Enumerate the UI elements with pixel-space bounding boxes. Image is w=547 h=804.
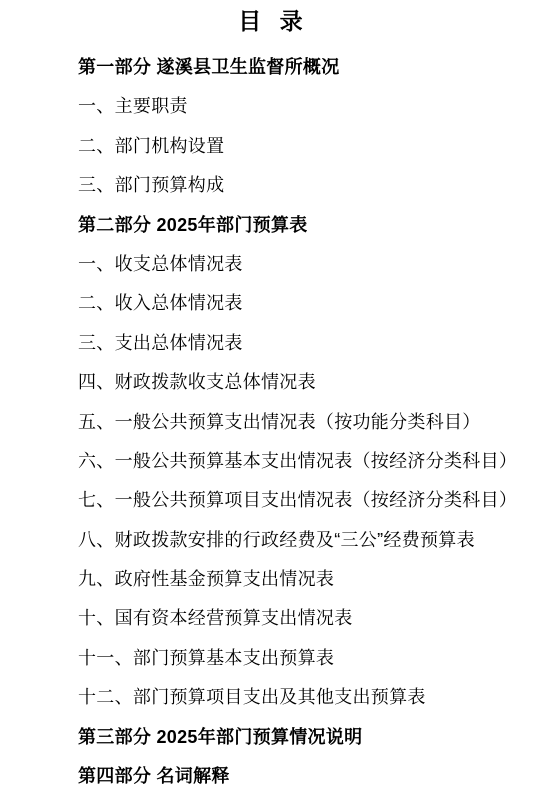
toc-section-heading: 第四部分 名词解释 xyxy=(78,757,537,796)
toc-section-heading: 第二部分 2025年部门预算表 xyxy=(78,206,537,245)
toc-section-heading: 第一部分 遂溪县卫生监督所概况 xyxy=(78,48,537,87)
toc-item: 一、收支总体情况表 xyxy=(78,245,537,284)
toc-item: 二、部门机构设置 xyxy=(78,127,537,166)
toc-item: 三、支出总体情况表 xyxy=(78,324,537,363)
toc-item: 五、一般公共预算支出情况表（按功能分类科目） xyxy=(78,403,537,442)
toc-item: 十、国有资本经营预算支出情况表 xyxy=(78,599,537,638)
toc-item: 一、主要职责 xyxy=(78,87,537,126)
table-of-contents: 第一部分 遂溪县卫生监督所概况一、主要职责二、部门机构设置三、部门预算构成第二部… xyxy=(0,48,547,796)
toc-item: 九、政府性基金预算支出情况表 xyxy=(78,560,537,599)
toc-item: 十二、部门预算项目支出及其他支出预算表 xyxy=(78,678,537,717)
document-page: 目 录 第一部分 遂溪县卫生监督所概况一、主要职责二、部门机构设置三、部门预算构… xyxy=(0,0,547,804)
toc-item: 四、财政拨款收支总体情况表 xyxy=(78,363,537,402)
page-title: 目 录 xyxy=(0,0,547,36)
toc-item: 二、收入总体情况表 xyxy=(78,284,537,323)
toc-item: 十一、部门预算基本支出预算表 xyxy=(78,639,537,678)
toc-item: 八、财政拨款安排的行政经费及“三公”经费预算表 xyxy=(78,521,537,560)
toc-item: 七、一般公共预算项目支出情况表（按经济分类科目） xyxy=(78,481,537,520)
toc-section-heading: 第三部分 2025年部门预算情况说明 xyxy=(78,718,537,757)
toc-item: 六、一般公共预算基本支出情况表（按经济分类科目） xyxy=(78,442,537,481)
toc-item: 三、部门预算构成 xyxy=(78,166,537,205)
